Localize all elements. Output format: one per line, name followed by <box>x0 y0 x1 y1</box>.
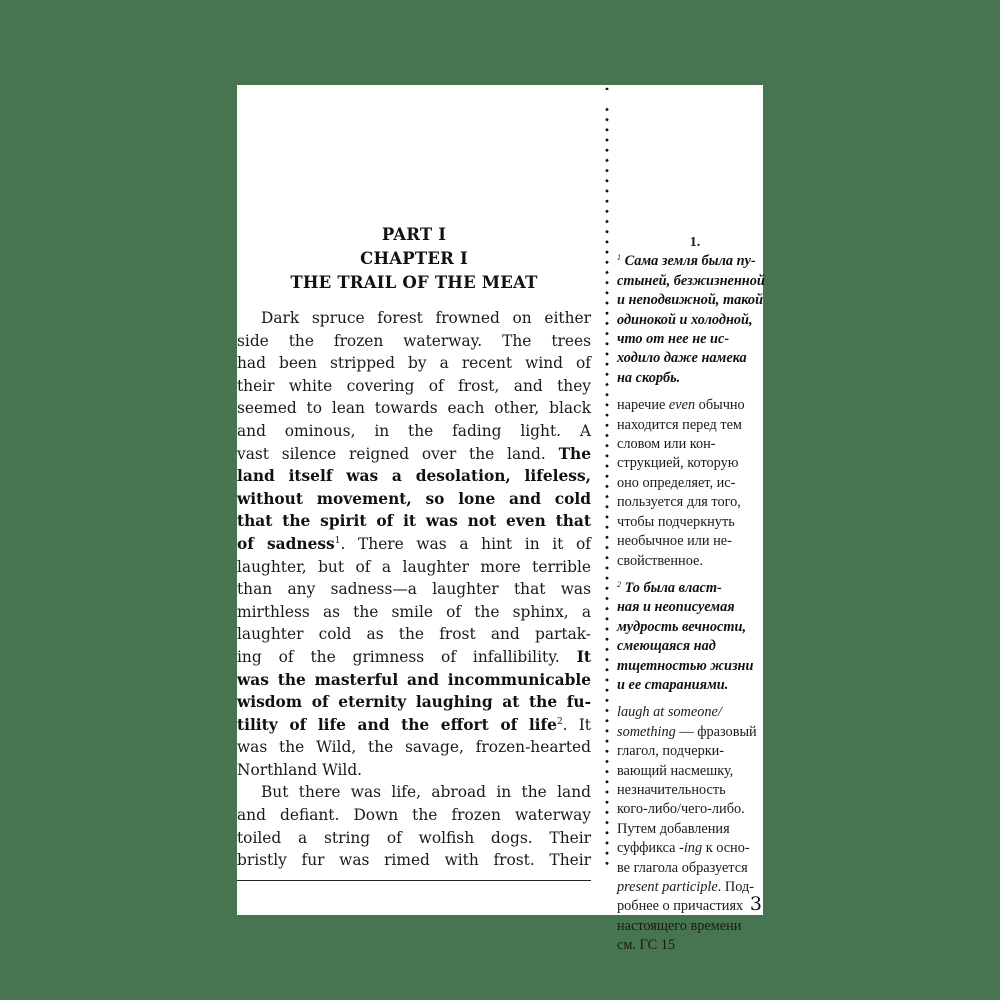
text-line: land itself was a desolation, lifeless, <box>237 465 591 488</box>
text-line: Dark spruce forest frowned on either <box>237 307 591 330</box>
bold-text-run: land itself was a desolation, lifeless, <box>237 467 591 485</box>
text-run: . There was a hint in it of <box>340 535 591 553</box>
note-marker-2: 2 <box>617 580 621 589</box>
text-run: vast silence reigned over the land. <box>237 445 546 463</box>
note-line: чтобы подчеркнуть <box>617 513 763 532</box>
text-line: their white covering of frost, and they <box>237 375 591 398</box>
paragraph-1: Dark spruce forest frowned on either sid… <box>237 307 591 781</box>
note-line: и ее стараниями. <box>617 676 763 695</box>
note-line: мудрость вечности, <box>617 618 763 637</box>
bold-text-run: wisdom of eternity laughing at the fu- <box>237 693 591 711</box>
note-line: 2 То была власт- <box>617 579 763 598</box>
page-number: 3 <box>750 893 762 915</box>
text-line: had been stripped by a recent wind of <box>237 352 591 375</box>
note-line: present participle. Под- <box>617 878 763 897</box>
note-text: — фразовый <box>679 724 756 740</box>
grammar-note-even: наречие even обычно находится перед тем … <box>617 396 763 571</box>
grammar-note-laugh-at: laugh at someone/ something — фразовый г… <box>617 703 763 955</box>
keyword: even <box>669 397 695 413</box>
bold-text-run: that the spirit of it was not even that <box>237 512 591 530</box>
keyword: something <box>617 724 676 740</box>
note-line: ве глагола образуется <box>617 859 763 878</box>
bold-text-run: without movement, so lone and cold <box>237 490 591 508</box>
text-line: toiled a string of wolfish dogs. Their <box>237 827 591 850</box>
text-line: Northland Wild. <box>237 759 591 782</box>
note-line: что от нее не ис- <box>617 330 763 349</box>
text-line: was the masterful and incommunicable <box>237 669 591 692</box>
note-line: необычное или не- <box>617 532 763 551</box>
note-line: свойственное. <box>617 552 763 571</box>
text-line: than any sadness—a laughter that was <box>237 578 591 601</box>
note-line: робнее о причастиях <box>617 897 763 916</box>
note-line: something — фразовый <box>617 723 763 742</box>
note-text: Сама земля была пу- <box>625 253 756 269</box>
note-line: и неподвижной, такой <box>617 291 763 310</box>
note-line: стыней, безжизненной <box>617 272 763 291</box>
note-line: одинокой и холодной, <box>617 311 763 330</box>
note-line: ная и неописуемая <box>617 598 763 617</box>
text-line: was the Wild, the savage, frozen-hearted <box>237 736 591 759</box>
note-line: смеющаяся над <box>617 637 763 656</box>
note-1: 1 Сама земля была пу- стыней, безжизненн… <box>617 252 763 388</box>
note-line: 1 Сама земля была пу- <box>617 252 763 271</box>
note-line: находится перед тем <box>617 416 763 435</box>
text-line: side the frozen waterway. The trees <box>237 330 591 353</box>
text-line: ing of the grimness of infallibility. It <box>237 646 591 669</box>
chapter-title: THE TRAIL OF THE MEAT <box>237 271 591 295</box>
keyword: -ing <box>679 840 702 856</box>
chapter-headings: PART I CHAPTER I THE TRAIL OF THE MEAT <box>237 223 591 295</box>
note-line: наречие even обычно <box>617 396 763 415</box>
text-line: and defiant. Down the frozen waterway <box>237 804 591 827</box>
note-line: суффикса -ing к осно- <box>617 839 763 858</box>
text-line: that the spirit of it was not even that <box>237 510 591 533</box>
note-line: незначительность <box>617 781 763 800</box>
dotted-divider-gap <box>603 90 611 105</box>
note-line: Путем добавления <box>617 820 763 839</box>
note-line: ходило даже намека <box>617 349 763 368</box>
note-text: к осно- <box>706 840 750 856</box>
text-line: laughter, but of a laughter more terribl… <box>237 556 591 579</box>
body-text: Dark spruce forest frowned on either sid… <box>237 307 591 872</box>
dotted-divider <box>605 85 609 870</box>
note-line: см. ГС 15 <box>617 936 763 955</box>
footnote-rule <box>237 880 591 881</box>
text-line: wisdom of eternity laughing at the fu- <box>237 691 591 714</box>
text-line: tility of life and the effort of life2. … <box>237 714 591 737</box>
note-line: струкцией, которую <box>617 454 763 473</box>
bold-text-run: of sadness <box>237 535 335 553</box>
note-line: на скорбь. <box>617 369 763 388</box>
note-line: кого-либо/чего-либо. <box>617 800 763 819</box>
bold-text-run: tility of life and the effort of life <box>237 716 557 734</box>
text-line: vast silence reigned over the land. The <box>237 443 591 466</box>
section-number: 1. <box>617 233 763 252</box>
text-run: . It <box>563 716 591 734</box>
note-text: наречие <box>617 397 665 413</box>
main-text-column: PART I CHAPTER I THE TRAIL OF THE MEAT D… <box>237 85 591 915</box>
keyword: present participle <box>617 879 718 895</box>
note-line: тщетностью жизни <box>617 657 763 676</box>
bold-text-run: It <box>577 648 591 666</box>
note-marker-1: 1 <box>617 253 621 262</box>
keyword: laugh at someone/ <box>617 704 722 720</box>
text-line: mirthless as the smile of the sphinx, a <box>237 601 591 624</box>
note-text: То была власт- <box>625 580 722 596</box>
note-line: вающий насмешку, <box>617 762 763 781</box>
note-text: . Под- <box>718 879 754 895</box>
note-line: laugh at someone/ <box>617 703 763 722</box>
note-line: словом или кон- <box>617 435 763 454</box>
text-line: But there was life, abroad in the land <box>237 781 591 804</box>
text-line: bristly fur was rimed with frost. Their <box>237 849 591 872</box>
chapter-heading: CHAPTER I <box>237 247 591 271</box>
note-line: оно определяет, ис- <box>617 474 763 493</box>
text-line: and ominous, in the fading light. A <box>237 420 591 443</box>
text-run: ing of the grimness of infallibility. <box>237 648 560 666</box>
book-page: PART I CHAPTER I THE TRAIL OF THE MEAT D… <box>237 85 763 915</box>
bold-text-run: The <box>559 445 591 463</box>
note-line: пользуется для того, <box>617 493 763 512</box>
part-heading: PART I <box>237 223 591 247</box>
bold-text-run: was the masterful and incommunicable <box>237 671 591 689</box>
text-line: without movement, so lone and cold <box>237 488 591 511</box>
note-line: глагол, подчерки- <box>617 742 763 761</box>
text-line: laughter cold as the frost and partak- <box>237 623 591 646</box>
text-line: of sadness1. There was a hint in it of <box>237 533 591 556</box>
sidebar-notes: 1. 1 Сама земля была пу- стыней, безжизн… <box>617 233 763 956</box>
note-2: 2 То была власт- ная и неописуемая мудро… <box>617 579 763 695</box>
paragraph-2: But there was life, abroad in the land a… <box>237 781 591 871</box>
note-line: настоящего времени <box>617 917 763 936</box>
note-text: суффикса <box>617 840 676 856</box>
note-text: обычно <box>699 397 745 413</box>
text-line: seemed to lean towards each other, black <box>237 397 591 420</box>
